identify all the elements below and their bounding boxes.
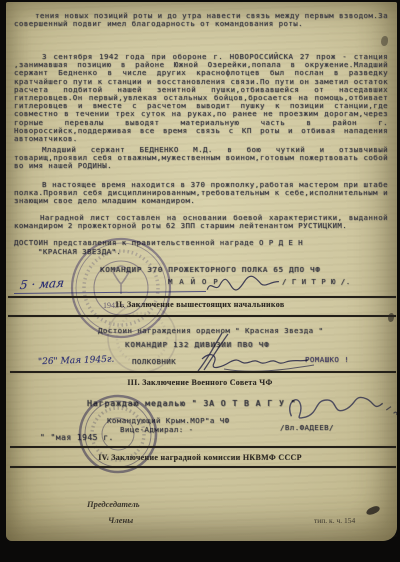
handwritten-date: 5 · мая (19, 276, 65, 292)
chairman-label: Председатель (87, 499, 140, 509)
divider-rule (10, 446, 396, 448)
scanned-award-document: тения новых позиций роты и до утра навес… (0, 0, 400, 562)
section4-header: IV. Заключение наградной комиссии НКВМФ … (0, 453, 400, 462)
print-shop-code: тип. к. ч. 154 (314, 516, 355, 525)
divider-rule (8, 296, 396, 298)
colonel-signature-ink (188, 331, 323, 373)
divider-rule (8, 315, 396, 317)
section3-header: III. Заключение Военного Совета ЧФ (0, 378, 400, 387)
divider-rule (10, 466, 396, 468)
paragraph-current-service: В настоящее время находится в 370 прожпо… (14, 181, 388, 206)
members-label: Члены (108, 515, 133, 525)
paragraph-feat-description: 3 сентября 1942 года при обороне г. НОВО… (14, 53, 388, 143)
faint-round-stamp (104, 300, 180, 376)
paragraph-continuation: тения новых позиций роты и до утра навес… (14, 12, 388, 28)
paragraph-character: Младший сержант БЕДНЕНКО М.Д. в бою чутк… (14, 146, 388, 171)
divider-rule (10, 371, 396, 373)
commander-name: / Г И Т Р Ю /. (282, 278, 382, 286)
section2-header: II. Заключение вышестоящих начальников (0, 300, 400, 309)
navy-round-stamp (76, 392, 160, 476)
paragraph-basis: Наградной лист составлен на основании бо… (14, 214, 388, 230)
